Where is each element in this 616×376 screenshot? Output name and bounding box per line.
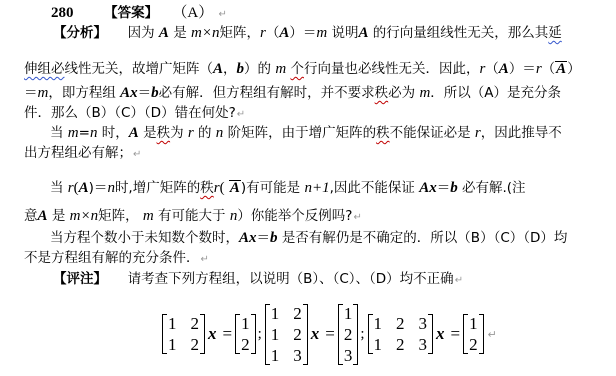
equals-sign: =: [451, 324, 461, 344]
analysis-tag: 【分析】: [53, 25, 107, 41]
spellcheck-word: 个: [290, 61, 304, 77]
text: 当: [50, 125, 64, 141]
text: 为: [170, 125, 184, 141]
matrix-equations: 1 2 1 2 x = 1 2 ; 1 2 1 2 1 3 x = 1 2 3 …: [162, 302, 497, 366]
matrix-cell: 1: [374, 335, 383, 354]
paragraph-mark: ↵: [455, 275, 463, 286]
matrix-cell: 2: [396, 314, 405, 333]
math-Ax: Ax: [419, 180, 437, 196]
matrix-cell: 3: [344, 346, 353, 365]
text: ＝: [24, 85, 38, 101]
math-b: b: [270, 230, 278, 246]
text: ）＝: [289, 25, 316, 41]
matrix-cell: 1: [271, 304, 280, 323]
math-b: b: [237, 61, 245, 77]
matrix-cell: 1: [271, 346, 280, 365]
matrix-cell: 1: [271, 325, 280, 344]
matrix-cell: 1: [374, 314, 383, 333]
text: 有可能大于: [158, 208, 226, 224]
text: 矩阵，: [98, 208, 139, 224]
matrix-cell: 2: [191, 335, 200, 354]
math-mxn: m×n: [70, 208, 98, 224]
math-A: A: [159, 25, 169, 41]
text: 时,增广矩阵的: [115, 180, 200, 196]
math-A: A: [129, 125, 139, 141]
math-r: r: [188, 125, 194, 141]
rhs-vector-2: 1 2 3: [338, 304, 359, 365]
text: 的: [198, 125, 212, 141]
analysis-line-10: 不是方程组有解的充分条件．↵: [24, 249, 209, 267]
spellcheck-word: 秩: [375, 85, 389, 101]
answer-line: 280 【答案】 （A） ↵: [51, 4, 227, 22]
math-mxn: m×n: [191, 25, 219, 41]
matrix-cell: 3: [293, 346, 302, 365]
answer-tag: 【答案】: [104, 5, 158, 21]
vector-x: x: [436, 324, 445, 344]
analysis-line-4: 件．那么（B）（C）（D）错在何处?↵: [24, 104, 245, 122]
matrix-cell: 2: [241, 335, 250, 354]
analysis-line-3: ＝m，即方程组 Ax＝b必有解．但方程组有解时，并不要求秩必为 m．所以（A）是…: [24, 84, 561, 102]
paragraph-mark: ↵: [133, 149, 141, 160]
comment-tag: 【评注】: [53, 271, 107, 287]
paragraph-mark: ↵: [237, 109, 245, 120]
analysis-line-1: 【分析】 因为 A 是 m×n矩阵，r（A）＝m 说明A 的行向量组线性无关，那…: [53, 24, 562, 42]
rhs-vector-3: 1 2: [463, 314, 484, 354]
matrix-cell: 2: [293, 325, 302, 344]
text: 必为: [388, 85, 415, 101]
text: ．所以（A）是充分条: [430, 85, 561, 101]
matrix-cell: 1: [168, 314, 177, 333]
math-Ax: Ax: [120, 85, 138, 101]
text: 必有解.(注: [462, 180, 526, 196]
text: )＝: [89, 180, 108, 196]
problem-number: 280: [51, 5, 74, 21]
analysis-line-9: 当方程个数小于未知数个数时，Ax＝b 是否有解仍是不确定的．所以（B）（C）（D…: [50, 229, 567, 247]
matrix-cell: 2: [469, 335, 478, 354]
text: =: [79, 125, 90, 141]
rhs-vector-1: 1 2: [235, 314, 256, 354]
text: 因为: [128, 25, 155, 41]
matrix-cell: 2: [293, 304, 302, 323]
text: 阶矩阵，由于增广矩阵的: [228, 125, 377, 141]
math-A: A: [213, 61, 223, 77]
spellcheck-word: 秩: [200, 180, 214, 196]
spellcheck-word: 秩: [157, 125, 171, 141]
paragraph-mark: ↵: [488, 328, 497, 341]
text: 当方程个数小于未知数个数时，: [50, 230, 239, 246]
text: 是: [52, 208, 66, 224]
text: ＝: [257, 230, 271, 246]
matrix-cell: 2: [396, 335, 405, 354]
text: 说明: [331, 25, 358, 41]
text: ）你能举个反例吗?: [237, 208, 352, 224]
text: 线性无关，故增广矩阵（: [65, 61, 214, 77]
text: （: [266, 25, 280, 41]
text: ,因此不能保证: [330, 180, 415, 196]
text: ）的: [244, 61, 271, 77]
analysis-line-7: 当 r(A)＝n时,增广矩阵的秩r( A)有可能是 n+1,因此不能保证 Ax＝…: [50, 178, 526, 196]
analysis-line-2: 伸组必线性无关，故增广矩阵（A，b）的 m 个行向量也必线性无关．因此，r（A）…: [24, 59, 581, 77]
text: 是: [173, 25, 187, 41]
text: （: [542, 61, 556, 77]
matrix-cell: 2: [191, 314, 200, 333]
analysis-line-5: 当 m=n 时，A 是秩为 r 的 n 阶矩阵，由于增广矩阵的秩不能保证必是 r…: [50, 124, 562, 142]
text: 当: [50, 180, 64, 196]
math-m: m: [419, 85, 430, 101]
math-A: A: [358, 25, 368, 41]
separator: ;: [258, 326, 262, 343]
matrix-cell: 1: [168, 335, 177, 354]
text: 件．那么（B）（C）（D）错在何处?: [24, 105, 236, 121]
math-A: A: [38, 208, 48, 224]
text: 矩阵，: [219, 25, 260, 41]
text: )有可能是: [241, 180, 300, 196]
math-b: b: [450, 180, 458, 196]
separator: ;: [360, 326, 364, 343]
text: 是否有解仍是不确定的．所以（B）（C）（D）均: [282, 230, 568, 246]
math-A-bar: A: [555, 61, 567, 76]
text: 不是方程组有解的充分条件．: [24, 250, 200, 266]
text: 的行向量组线性无关，那么其: [373, 25, 549, 41]
text: ＝: [138, 85, 152, 101]
matrix-cell: 2: [344, 325, 353, 344]
text: 意: [24, 208, 38, 224]
math-A: A: [79, 180, 89, 196]
text: （: [485, 61, 499, 77]
math-A: A: [279, 25, 289, 41]
coefficient-matrix-2: 1 2 1 2 1 3: [265, 304, 308, 365]
text: 必有解．但方程组有解时，并不要求: [159, 85, 375, 101]
vector-x: x: [208, 324, 217, 344]
math-n: n: [90, 125, 98, 141]
spellcheck-word: 秩: [376, 125, 390, 141]
spellcheck-word: 伸组必: [24, 61, 65, 77]
coefficient-matrix-1: 1 2 1 2: [162, 314, 205, 354]
text: 是: [143, 125, 157, 141]
math-b: b: [151, 85, 159, 101]
matrix-cell: 1: [241, 314, 250, 333]
vector-x: x: [311, 324, 320, 344]
math-Ax: Ax: [239, 230, 257, 246]
math-m: m: [68, 125, 79, 141]
paragraph-mark: ↵: [353, 212, 361, 223]
text: ）: [567, 61, 581, 77]
equals-sign: =: [325, 324, 335, 344]
text: 行向量也必线性无关．因此，: [304, 61, 480, 77]
text: ）＝: [509, 61, 536, 77]
paragraph-mark: ↵: [219, 9, 227, 20]
math-m: m: [275, 61, 286, 77]
math-m: m: [143, 208, 154, 224]
comment-line: 【评注】 请考查下列方程组，以说明（B）、（C）、（D）均不正确↵: [53, 270, 463, 288]
text: 时，: [102, 125, 129, 141]
text: (: [220, 180, 225, 196]
math-A-bar: A: [229, 180, 241, 195]
answer-value: （A）: [172, 5, 213, 21]
text: ，即方程组: [48, 85, 116, 101]
text: ＝: [437, 180, 451, 196]
matrix-cell: 1: [344, 304, 353, 323]
analysis-line-8: 意A 是 m×n矩阵， m 有可能大于 n）你能举个反例吗?↵: [24, 207, 362, 225]
paragraph-mark: ↵: [201, 254, 209, 265]
analysis-line-6: 出方程组必有解；↵: [24, 144, 141, 162]
spellcheck-word: 延: [548, 25, 562, 41]
math-m: m: [38, 85, 49, 101]
math-n: n: [107, 180, 115, 196]
equals-sign: =: [223, 324, 233, 344]
math-A: A: [499, 61, 509, 77]
matrix-cell: 3: [419, 335, 428, 354]
matrix-cell: 3: [419, 314, 428, 333]
coefficient-matrix-3: 1 2 3 1 2 3: [368, 314, 434, 354]
math-n: n: [216, 125, 224, 141]
math-n-plus-1: n+1: [304, 180, 329, 196]
comment-text: 请考查下列方程组，以说明（B）、（C）、（D）均不正确: [128, 271, 454, 287]
text: 出方程组必有解；: [24, 145, 132, 161]
text: 不能保证必是: [390, 125, 471, 141]
text: ，因此推导不: [481, 125, 562, 141]
text: ，: [223, 61, 237, 77]
matrix-cell: 1: [469, 314, 478, 333]
math-m: m: [316, 25, 327, 41]
